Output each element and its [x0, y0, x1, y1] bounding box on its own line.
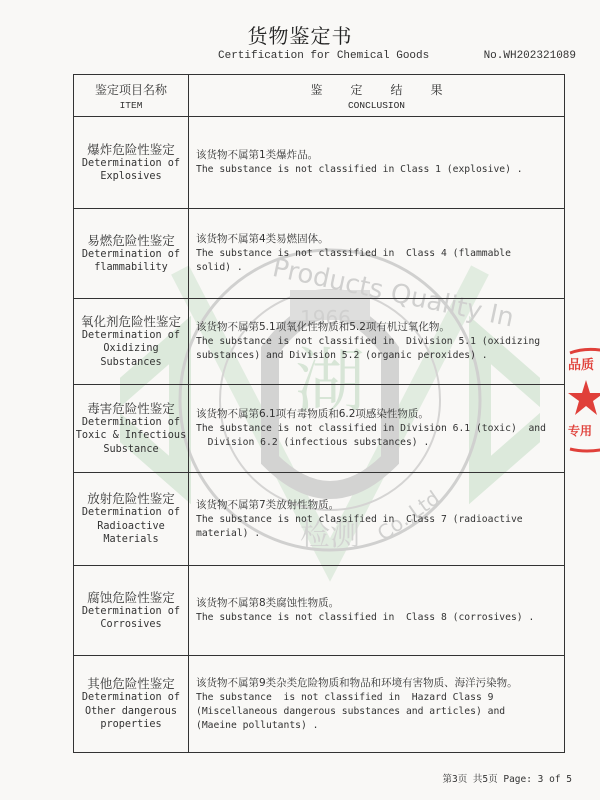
item-header-cn: 鉴定项目名称 — [74, 81, 188, 98]
item-name-cn: 放射危险性鉴定 — [74, 491, 188, 506]
item-cell: 放射危险性鉴定 Determination of Radioactive Mat… — [74, 473, 189, 566]
item-name-cn: 氧化剂危险性鉴定 — [74, 314, 188, 329]
item-name-cn: 毒害危险性鉴定 — [74, 401, 188, 416]
page-indicator: 第3页 共5页 Page: 3 of 5 — [442, 771, 572, 785]
conclusion-cell: 该货物不属第9类杂类危险物质和物品和环境有害物质、海洋污染物。 The subs… — [189, 656, 565, 753]
item-name-en: Determination of Radioactive Materials — [74, 506, 188, 547]
item-name-cn: 腐蚀危险性鉴定 — [74, 590, 188, 605]
item-cell: 毒害危险性鉴定 Determination of Toxic & Infecti… — [74, 385, 189, 473]
table-row: 毒害危险性鉴定 Determination of Toxic & Infecti… — [74, 385, 565, 473]
item-name-en: Determination of Explosives — [74, 157, 188, 184]
conclusion-en: The substance is not classified in Class… — [196, 513, 564, 541]
item-name-cn: 爆炸危险性鉴定 — [74, 142, 188, 157]
table-row: 腐蚀危险性鉴定 Determination of Corrosives 该货物不… — [74, 566, 565, 656]
conclusion-cell: 该货物不属第4类易燃固体。 The substance is not class… — [189, 209, 565, 299]
table-row: 氧化剂危险性鉴定 Determination of Oxidizing Subs… — [74, 299, 565, 385]
conclusion-en: The substance is not classified in Divis… — [196, 335, 564, 363]
conclusion-cn: 该货物不属第7类放射性物质。 — [196, 498, 564, 513]
conclusion-cell: 该货物不属第1类爆炸品。 The substance is not classi… — [189, 117, 565, 209]
conclusion-en: The substance is not classified in Class… — [196, 611, 564, 625]
item-cell: 腐蚀危险性鉴定 Determination of Corrosives — [74, 566, 189, 656]
table-header-row: 鉴定项目名称 ITEM 鉴定结果 CONCLUSION — [74, 75, 565, 117]
table-row: 爆炸危险性鉴定 Determination of Explosives 该货物不… — [74, 117, 565, 209]
table-row: 放射危险性鉴定 Determination of Radioactive Mat… — [74, 473, 565, 566]
conclusion-cn: 该货物不属第5.1项氧化性物质和5.2项有机过氧化物。 — [196, 320, 564, 335]
conclusion-en: The substance is not classified in Class… — [196, 247, 564, 275]
item-name-en: Determination of Oxidizing Substances — [74, 329, 188, 370]
conclusion-cell: 该货物不属第7类放射性物质。 The substance is not clas… — [189, 473, 565, 566]
conclusion-cell: 该货物不属第6.1项有毒物质和6.2项感染性物质。 The substance … — [189, 385, 565, 473]
item-name-en: Determination of Other dangerous propert… — [74, 691, 188, 732]
conclusion-cell: 该货物不属第5.1项氧化性物质和5.2项有机过氧化物。 The substanc… — [189, 299, 565, 385]
item-header-en: ITEM — [74, 100, 188, 111]
certification-table: 鉴定项目名称 ITEM 鉴定结果 CONCLUSION 爆炸危险性鉴定 Dete… — [73, 74, 565, 753]
document-subtitle: Certification for Chemical Goods — [218, 50, 429, 62]
conclusion-header-cn: 鉴定结果 — [189, 81, 564, 98]
item-name-cn: 其他危险性鉴定 — [74, 676, 188, 691]
conclusion-header-en: CONCLUSION — [189, 100, 564, 111]
item-cell: 氧化剂危险性鉴定 Determination of Oxidizing Subs… — [74, 299, 189, 385]
item-cell: 其他危险性鉴定 Determination of Other dangerous… — [74, 656, 189, 753]
conclusion-cn: 该货物不属第1类爆炸品。 — [196, 148, 564, 163]
item-cell: 易燃危险性鉴定 Determination of flammability — [74, 209, 189, 299]
conclusion-cn: 该货物不属第8类腐蚀性物质。 — [196, 596, 564, 611]
item-name-cn: 易燃危险性鉴定 — [74, 233, 188, 248]
item-name-en: Determination of Toxic & Infectious Subs… — [74, 416, 188, 457]
conclusion-header-cell: 鉴定结果 CONCLUSION — [189, 75, 565, 117]
conclusion-en: The substance is not classified in Hazar… — [196, 691, 564, 733]
table-row: 其他危险性鉴定 Determination of Other dangerous… — [74, 656, 565, 753]
item-name-en: Determination of flammability — [74, 248, 188, 275]
item-header-cell: 鉴定项目名称 ITEM — [74, 75, 189, 117]
conclusion-cn: 该货物不属第4类易燃固体。 — [196, 232, 564, 247]
svg-text:专用: 专用 — [568, 423, 592, 438]
table-row: 易燃危险性鉴定 Determination of flammability 该货… — [74, 209, 565, 299]
document-number: No.WH202321089 — [484, 50, 576, 62]
document-title: 货物鉴定书 — [0, 20, 600, 49]
item-cell: 爆炸危险性鉴定 Determination of Explosives — [74, 117, 189, 209]
conclusion-en: The substance is not classified in Class… — [196, 163, 564, 177]
red-seal-stamp: 品质 专用 — [566, 345, 600, 455]
svg-text:品质: 品质 — [568, 357, 594, 373]
conclusion-cn: 该货物不属第9类杂类危险物质和物品和环境有害物质、海洋污染物。 — [196, 676, 564, 691]
conclusion-en: The substance is not classified in Divis… — [196, 422, 564, 450]
item-name-en: Determination of Corrosives — [74, 605, 188, 632]
conclusion-cell: 该货物不属第8类腐蚀性物质。 The substance is not clas… — [189, 566, 565, 656]
conclusion-cn: 该货物不属第6.1项有毒物质和6.2项感染性物质。 — [196, 407, 564, 422]
